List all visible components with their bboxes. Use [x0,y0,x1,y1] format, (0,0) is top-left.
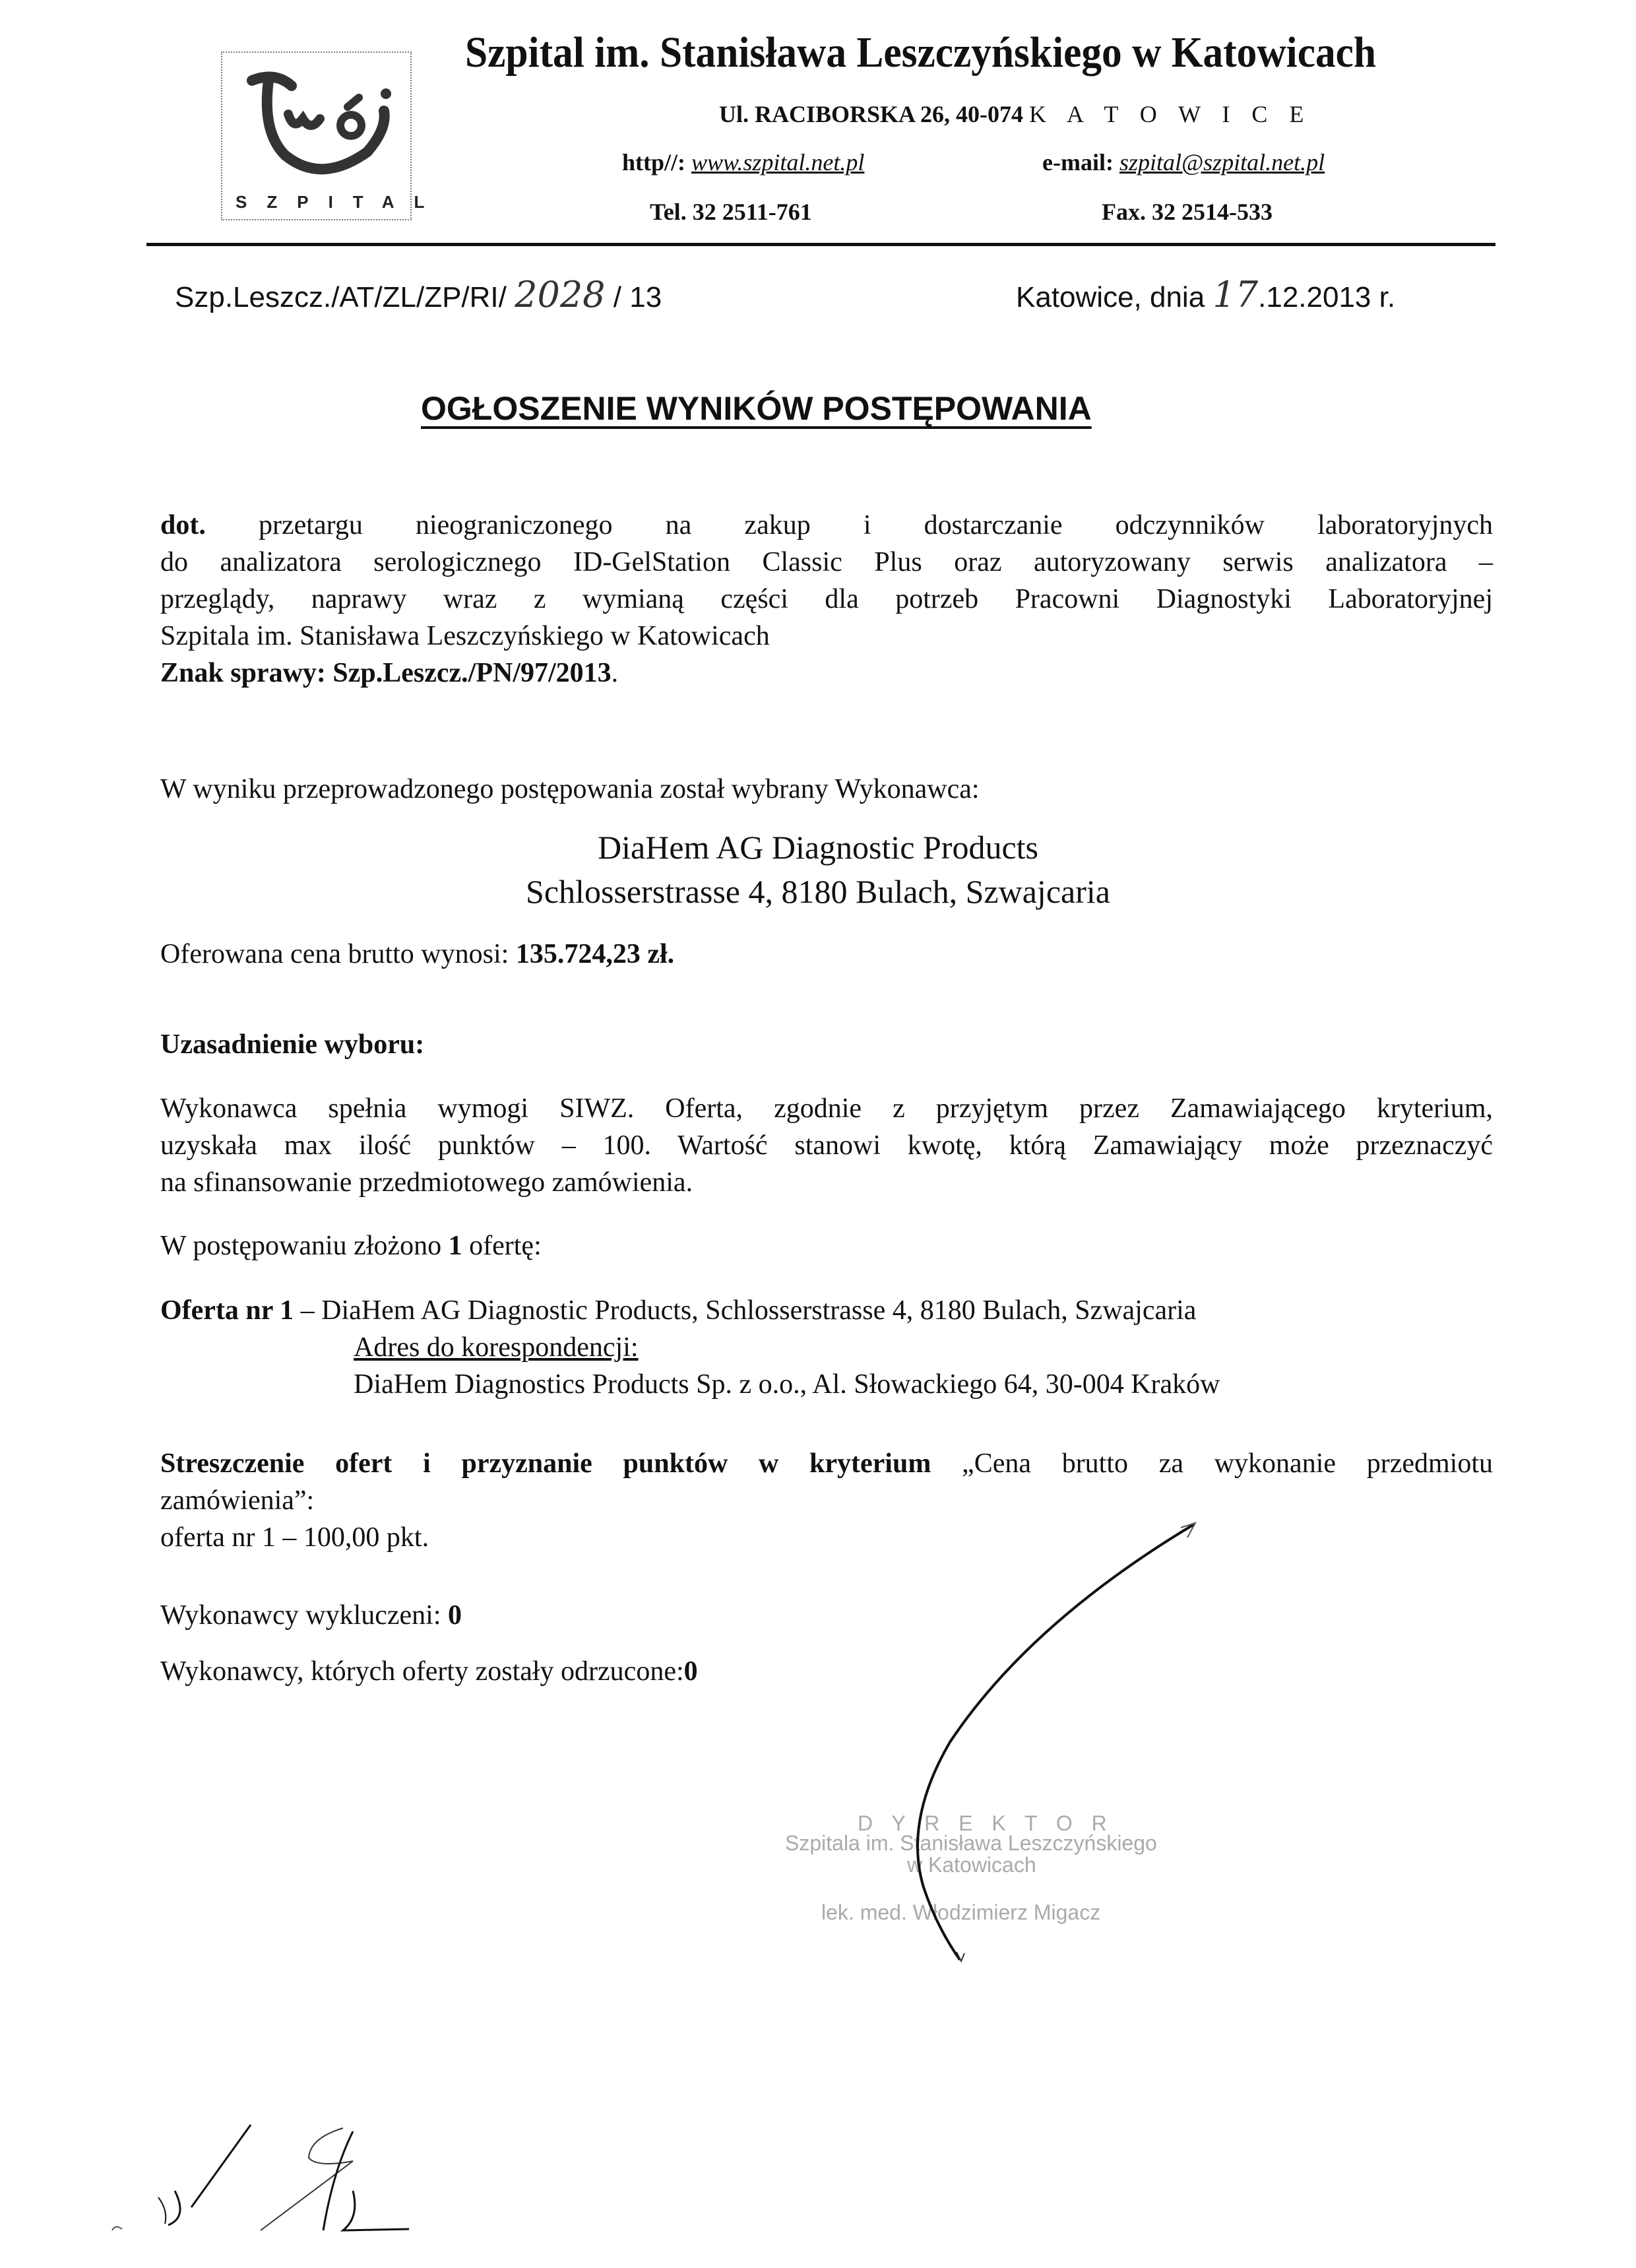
offer-score: oferta nr 1 – 100,00 pkt. [160,1519,1493,1556]
subject-label: dot. [160,510,206,540]
case-number: Znak sprawy: Szp.Leszcz./PN/97/2013 [160,658,612,688]
offers-count: W postępowaniu złożono 1 ofertę: [160,1227,542,1264]
offered-price: Oferowana cena brutto wynosi: 135.724,23… [160,936,674,973]
stamp-hospital: Szpitala im. Stanisława Leszczyńskiego [785,1831,1157,1856]
street: Ul. RACIBORSKA 26, 40-074 [719,101,1023,127]
header-divider [146,243,1495,246]
page-title: OGŁOSZENIE WYNIKÓW POSTĘPOWANIA [421,389,1092,428]
handwritten-day: 17 [1212,274,1258,315]
logo-text: SZPITAL [222,192,410,212]
price-value: 135.724,23 zł. [516,939,674,969]
city: K A T O W I C E [1029,101,1311,127]
stamp-city: w Katowicach [907,1853,1036,1877]
fax: Fax. 32 2514-533 [1102,198,1273,226]
correspondence-label: Adres do korespondencji: [160,1329,1220,1366]
selection-intro: W wyniku przeprowadzonego postępowania z… [160,771,980,808]
offer-label: Oferta nr 1 [160,1295,294,1326]
subject-paragraph: dot. przetargu nieograniczonego na zakup… [160,507,1493,692]
reference-number: Szp.Leszcz./AT/ZL/ZP/RI/ 2028 / 13 [175,274,662,315]
phone: Tel. 32 2511-761 [650,198,812,226]
website: http//: www.szpital.net.pl [622,148,864,176]
website-link[interactable]: www.szpital.net.pl [691,149,864,176]
summary-paragraph: Streszczenie ofert i przyznanie punktów … [160,1445,1493,1556]
email-link[interactable]: szpital@szpital.net.pl [1119,149,1325,176]
hospital-logo: SZPITAL [221,51,412,220]
justification-paragraph: Wykonawca spełnia wymogi SIWZ. Oferta, z… [160,1090,1493,1201]
excluded-contractors: Wykonawcy wykluczeni: 0 [160,1597,462,1634]
web-label: http//: [622,149,685,176]
handwritten-number: 2028 [515,274,605,315]
stamp-director-name: lek. med. Włodzimierz Migacz [821,1900,1100,1925]
contractor-name: DiaHem AG Diagnostic Products [0,828,1636,866]
contractor-address: Schlosserstrasse 4, 8180 Bulach, Szwajca… [0,872,1636,911]
email-label: e-mail: [1042,149,1114,176]
offer-item: Oferta nr 1 – DiaHem AG Diagnostic Produ… [160,1292,1220,1403]
correspondence-address: DiaHem Diagnostics Products Sp. z o.o., … [160,1366,1220,1403]
document-date: Katowice, dnia 17.12.2013 r. [1016,274,1395,315]
hospital-name: Szpital im. Stanisława Leszczyńskiego w … [465,28,1376,78]
email: e-mail: szpital@szpital.net.pl [1042,148,1325,176]
rejected-offers: Wykonawcy, których oferty zostały odrzuc… [160,1653,698,1690]
hospital-address: Ul. RACIBORSKA 26, 40-074 K A T O W I C … [719,100,1311,128]
justification-heading: Uzasadnienie wyboru: [160,1026,424,1063]
